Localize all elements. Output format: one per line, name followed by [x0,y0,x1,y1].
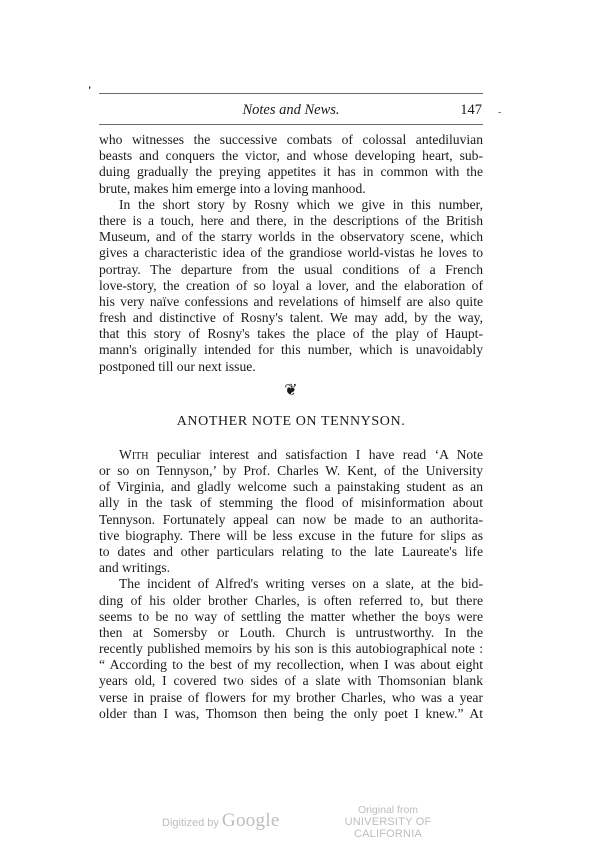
text-line: ding of his older brother Charles, is of… [99,593,483,609]
paragraph-3: With peculiar interest and satisfaction … [99,447,483,577]
original-from-label: Original from [318,804,458,816]
text-line: fresh and distinctive of Rosny's talent.… [99,310,483,326]
running-title: Notes and News. [99,100,483,120]
text-line: mann's originally intended for this numb… [99,342,483,358]
page-body: who witnesses the successive combats of … [99,132,483,722]
running-head: Notes and News. 147 [99,100,483,120]
text-line: there is a touch, here and there, in the… [99,213,483,229]
page-number: 147 [460,100,482,120]
digitized-by-label: Digitized by [162,817,219,829]
text-line: Tennyson. Fortunately appeal can now be … [99,512,483,528]
text-line: love-story, the creation of so loyal a l… [99,278,483,294]
text-line: to dates and other particulars relating … [99,544,483,560]
text-line: recently published memoirs by his son is… [99,641,483,657]
digitized-by-google: Digitized by Google [162,810,280,832]
text-line: “ According to the best of my recollecti… [99,657,483,673]
margin-mark: ' [88,84,91,96]
text-line: that this story of Rosny's takes the pla… [99,326,483,342]
text-line: In the short story by Rosny which we giv… [99,197,483,213]
text-line: beasts and conquers the victor, and whos… [99,148,483,164]
text-line: gives a characteristic idea of the grand… [99,245,483,261]
text-line: tive biography. There will be less excus… [99,528,483,544]
text-line: of Virginia, and gladly welcome such a p… [99,479,483,495]
text-line: verse in praise of flowers for my brothe… [99,690,483,706]
header-bottom-rule [99,124,483,125]
scan-watermark: Digitized by Google Original from UNIVER… [0,800,600,841]
paragraph-2: In the short story by Rosny which we giv… [99,197,483,375]
paragraph-1: who witnesses the successive combats of … [99,132,483,197]
text-line: ally in the task of stemming the flood o… [99,495,483,511]
google-logo-text: Google [222,810,280,831]
university-name: UNIVERSITY OF CALIFORNIA [318,816,458,840]
text-line: postponed till our next issue. [99,359,483,375]
text-line: his very naïve confessions and revelatio… [99,294,483,310]
text-line: years old, I covered two sides of a slat… [99,673,483,689]
text-line: and writings. [99,560,483,576]
text-line: older than I was, Thomson then being the… [99,706,483,722]
text-line: With peculiar interest and satisfaction … [99,447,483,463]
section-heading: ANOTHER NOTE ON TENNYSON. [99,409,483,447]
first-line-rest: peculiar interest and satisfaction I hav… [149,447,484,462]
lead-word: With [119,447,149,462]
scan-speck: - [498,108,501,118]
text-line: then at Somersby or Louth. Church is unt… [99,625,483,641]
paragraph-4: The incident of Alfred's writing verses … [99,576,483,722]
header-top-rule [99,93,483,94]
fleuron-ornament-icon: ❦ [99,375,483,409]
text-line: seems to be no way of settling the matte… [99,609,483,625]
text-line: The incident of Alfred's writing verses … [99,576,483,592]
text-line: duing gradually the preying appetites it… [99,164,483,180]
text-line: portray. The departure from the usual co… [99,262,483,278]
text-line: or so on Tennyson,’ by Prof. Charles W. … [99,463,483,479]
text-line: who witnesses the successive combats of … [99,132,483,148]
text-line: Museum, and of the starry worlds in the … [99,229,483,245]
original-from: Original from UNIVERSITY OF CALIFORNIA [318,804,458,840]
text-line: brute, makes him emerge into a loving ma… [99,181,483,197]
